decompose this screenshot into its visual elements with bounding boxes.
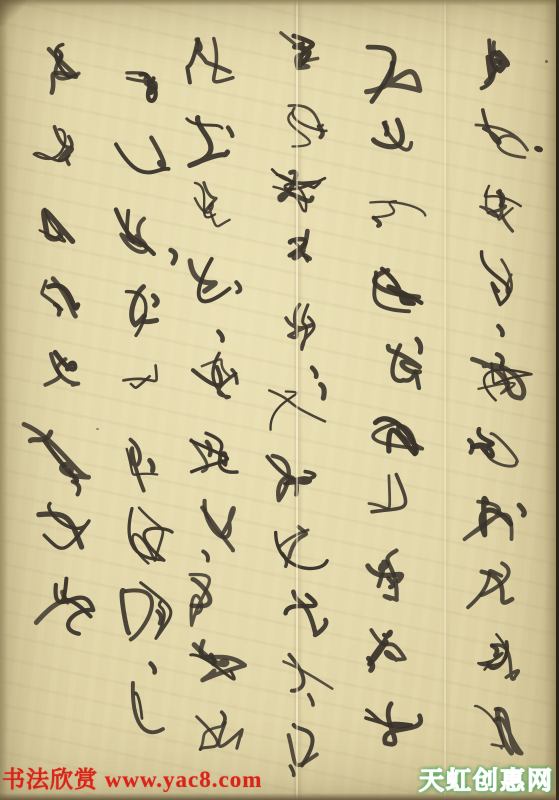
- watermark-tianhong: 天虹创惠网: [419, 769, 554, 794]
- calligraphy-column: [465, 40, 532, 753]
- calligraphy-column: [116, 73, 176, 733]
- manuscript-page: 书法欣赏 www.yac8.com 天虹创惠网: [0, 0, 559, 800]
- calligraphy-column: [366, 47, 425, 744]
- calligraphy-artwork: [0, 0, 559, 800]
- calligraphy-column: [187, 39, 245, 750]
- calligraphy-column: [24, 45, 93, 634]
- calligraphy-column: [267, 33, 332, 776]
- watermark-yac8: 书法欣赏 www.yac8.com: [2, 768, 262, 791]
